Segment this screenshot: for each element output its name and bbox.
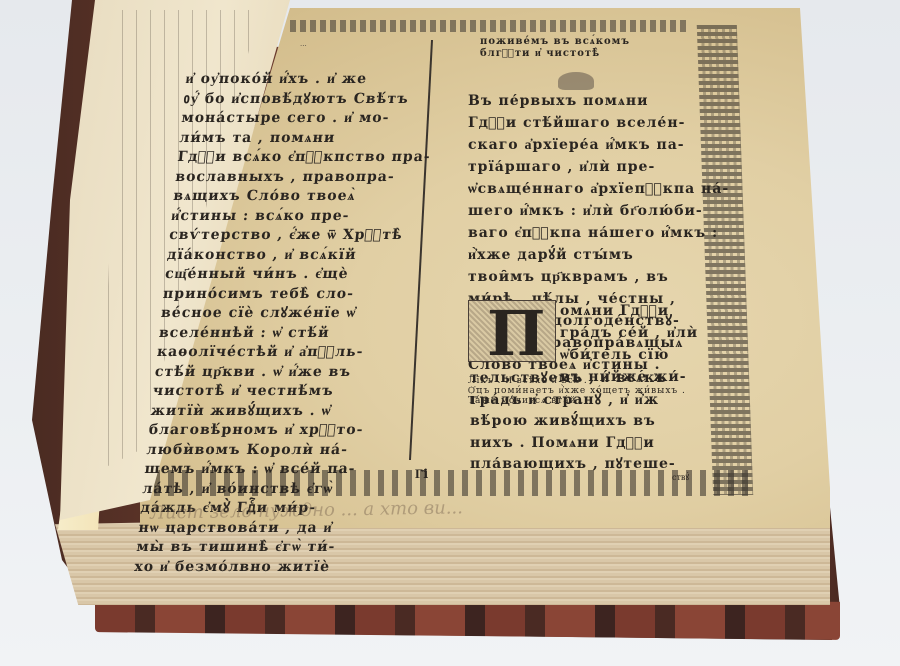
text-line: и҆̀хже дарꙋ́й стꙑ́мъ (468, 244, 708, 266)
text-line: вселе́ннѣй : ѡ҆ стѣ́й (158, 324, 425, 344)
text-line: блгⷭ҇ти и҆ чистотѣ̀ (480, 48, 630, 60)
text-line: чистотѣ̀ и҆ честнѣ́мъ (152, 382, 419, 402)
catchword: ствꙋ́ (672, 472, 689, 483)
text-line: прино́симъ тебѣ̀ сло- (162, 285, 429, 305)
text-line: ли́мъ та , помѧни (178, 129, 445, 149)
text-line: скаго а҆рхїере́а и҆́мкъ па- (468, 134, 708, 156)
text-line: ве́сное сїѐ слꙋже́нїе ѡ҆ (160, 304, 427, 324)
text-line: Гдⷭ҇и стѣ́йшаго вселе́н- (468, 112, 708, 134)
text-line: хо и҆ безмо́лвно житїѐ (133, 558, 400, 578)
text-line: житїѝ живꙋ́щихъ . ѡ҆ (150, 402, 417, 422)
text-line: поживе́мъ въ всѧ́комъ (480, 36, 630, 48)
text-line: ѡ҆свѧще́ннаго а҆рхїепⷭ҇кпа на́- (468, 178, 708, 200)
ornamental-border-top (290, 20, 690, 32)
text-line: шего и҆́мкъ : и҆лѝ бг҃олю́би- (468, 200, 708, 222)
text-line: трїа́ршаго , и҆лѝ пре- (468, 156, 708, 178)
text-line: шемъ и҆́мкъ : ѡ҆ все́й па- (144, 460, 411, 480)
text-line: пла́вающихъ , пꙋтеше- (470, 454, 676, 476)
initial-letter: П (487, 297, 546, 370)
text-line: гра́дъ и҆ странꙋ̀ , и҆ и҆̀ж (470, 390, 676, 412)
text-line: тельствꙋемъ , и҆ всѧ́къ (470, 368, 676, 390)
text-line: мона́стыре сего . и҆ мо- (180, 109, 447, 129)
text-line: твои̑мъ цр҃кврамъ , въ (468, 266, 708, 288)
text-line: ѡ҆би́тель сїю̀ (560, 344, 698, 366)
text-line: гра́дъ се́й , и҆лѝ (560, 322, 698, 344)
text-line: и҆ оу҆поко́й и҆́хъ . и҆ же (185, 70, 452, 90)
text-line: и҆́стины : всѧ́ко пре- (170, 207, 437, 227)
decorated-initial: П (468, 300, 556, 362)
text-line: стѣ́й цр҃кви . ѡ҆ и҆́же въ (154, 363, 421, 383)
text-line: вѧщихъ Сло́во твоеѧ̀ (172, 187, 439, 207)
ornament-bird-icon (558, 72, 594, 90)
text-line: благовѣ́рномъ и҆ хрⷭ҇то- (148, 421, 415, 441)
text-line: нихъ . Помѧни Гдⷭ҇и (470, 433, 676, 455)
text-line: Въ пе́рвыхъ помѧни (468, 90, 708, 112)
right-bottom-text: тельствꙋемъ , и҆ всѧ́къ гра́дъ и҆ странꙋ… (470, 368, 676, 476)
text-line: ᲂу҆́ бо и҆сповѣ́дꙋютъ Свѣ́тъ (183, 90, 450, 110)
text-line: сщ҃е́нный чи́нъ . є҆щѐ (164, 265, 431, 285)
text-line: дїа́конство , и҆ всѧ́кїй (166, 246, 433, 266)
text-line: каѳолїче́стѣй и҆ а҆пⷭ҇ль- (156, 343, 423, 363)
text-line: ваго є҆пⷭ҇кпа на́шего и҆́мкъ : (468, 222, 708, 244)
page-number: Г҃і (415, 466, 428, 482)
right-top-small: поживе́мъ въ всѧ́комъ блгⷭ҇ти и҆ чистотѣ… (480, 36, 630, 60)
text-line: свѵ́терство , є҆́же ѿ Хрⷭ҇тѣ̀ (168, 226, 435, 246)
text-line: мы̀ въ тишинѣ̀ є҆гѡ̀ ти́- (135, 538, 402, 558)
text-line: Гдⷭ҇и всѧ́ко є҆пⷭ҇кпство пра- (176, 148, 443, 168)
text-line: вославныхъ , правопра- (174, 168, 441, 188)
text-line: любѝвомъ Королѝ на́- (146, 441, 413, 461)
text-line: ла́тѣ , и҆ во́инствѣ є҆гѡ̀ (142, 480, 409, 500)
text-line: вѣ́рою живꙋ́щихъ въ (470, 411, 676, 433)
text-line: омѧни Гдⷭ҇и (560, 300, 698, 322)
